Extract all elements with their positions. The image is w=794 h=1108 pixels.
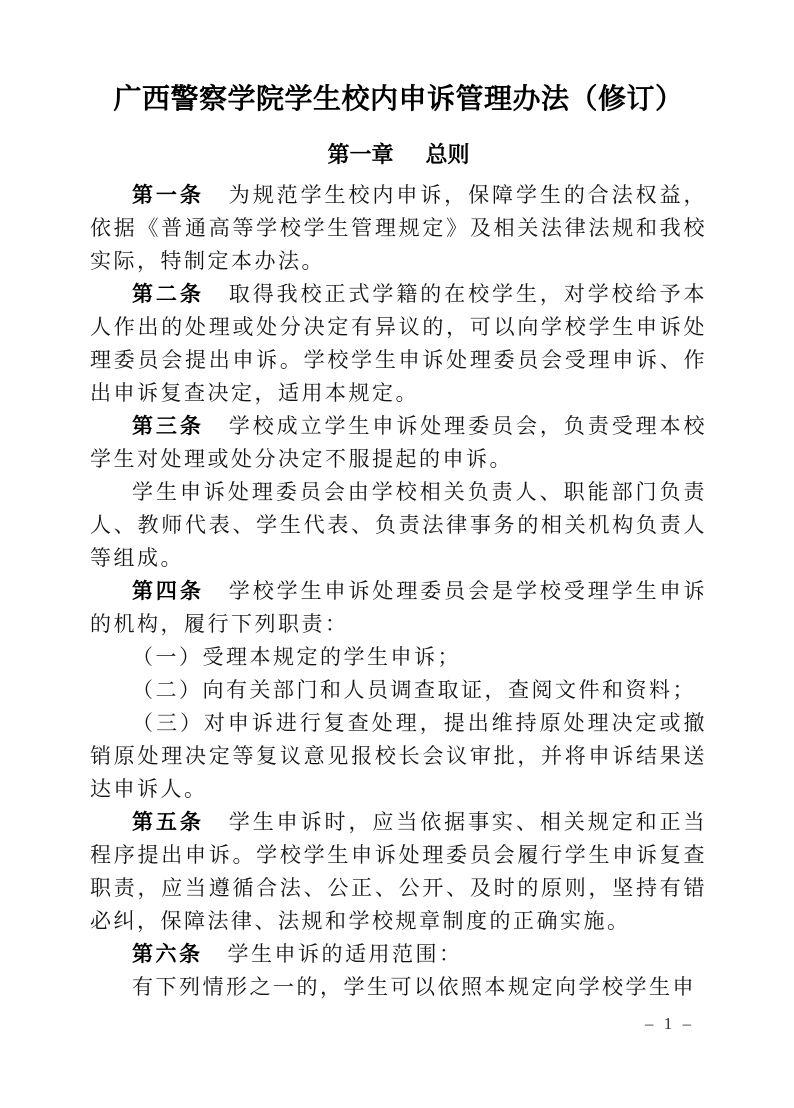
article-number: 第四条	[132, 580, 204, 603]
list-item-text: （一）受理本规定的学生申诉；	[132, 645, 461, 669]
article-number: 第五条	[132, 811, 204, 834]
list-item: （一）受理本规定的学生申诉；	[90, 641, 707, 674]
article-paragraph: 第四条学校学生申诉处理委员会是学校受理学生申诉的机构，履行下列职责：	[90, 575, 707, 641]
article-number: 第二条	[132, 283, 204, 306]
chapter-number: 第一章	[327, 142, 393, 167]
article-text: 有下列情形之一的，学生可以依照本规定向学校学生申	[132, 975, 696, 999]
article-paragraph: 第一条为规范学生校内申诉，保障学生的合法权益，依据《普通高等学校学生管理规定》及…	[90, 179, 707, 278]
document-page: 广西警察学院学生校内申诉管理办法（修订） 第一章总则 第一条为规范学生校内申诉，…	[0, 0, 794, 1108]
page-number: – 1 –	[645, 1014, 694, 1034]
article-number: 第三条	[132, 415, 204, 438]
chapter-heading: 第一章总则	[90, 138, 707, 172]
article-paragraph: 第五条学生申诉时，应当依据事实、相关规定和正当程序提出申诉。学校学生申诉处理委员…	[90, 806, 707, 938]
list-item: （三）对申诉进行复查处理，提出维持原处理决定或撤销原处理决定等复议意见报校长会议…	[90, 707, 707, 806]
article-number: 第六条	[132, 943, 203, 966]
document-body: 第一条为规范学生校内申诉，保障学生的合法权益，依据《普通高等学校学生管理规定》及…	[90, 179, 707, 1004]
article-paragraph: 第三条学校成立学生申诉处理委员会，负责受理本校学生对处理或处分决定不服提起的申诉…	[90, 410, 707, 476]
list-item-text: （三）对申诉进行复查处理，提出维持原处理决定或撤销原处理决定等复议意见报校长会议…	[90, 711, 707, 801]
article-text: 学生申诉处理委员会由学校相关负责人、职能部门负责人、教师代表、学生代表、负责法律…	[90, 480, 707, 570]
article-paragraph: 学生申诉处理委员会由学校相关负责人、职能部门负责人、教师代表、学生代表、负责法律…	[90, 476, 707, 575]
article-paragraph: 有下列情形之一的，学生可以依照本规定向学校学生申	[90, 971, 707, 1004]
article-number: 第一条	[132, 184, 204, 207]
list-item: （二）向有关部门和人员调查取证，查阅文件和资料；	[90, 674, 707, 707]
list-item-text: （二）向有关部门和人员调查取证，查阅文件和资料；	[132, 678, 696, 702]
chapter-title: 总则	[426, 142, 470, 167]
document-content: 广西警察学院学生校内申诉管理办法（修订） 第一章总则 第一条为规范学生校内申诉，…	[0, 0, 794, 1004]
document-title: 广西警察学院学生校内申诉管理办法（修订）	[90, 78, 707, 122]
article-paragraph: 第六条学生申诉的适用范围：	[90, 938, 707, 971]
article-text: 学生申诉的适用范围：	[228, 942, 463, 966]
article-paragraph: 第二条取得我校正式学籍的在校学生，对学校给予本人作出的处理或处分决定有异议的，可…	[90, 278, 707, 410]
